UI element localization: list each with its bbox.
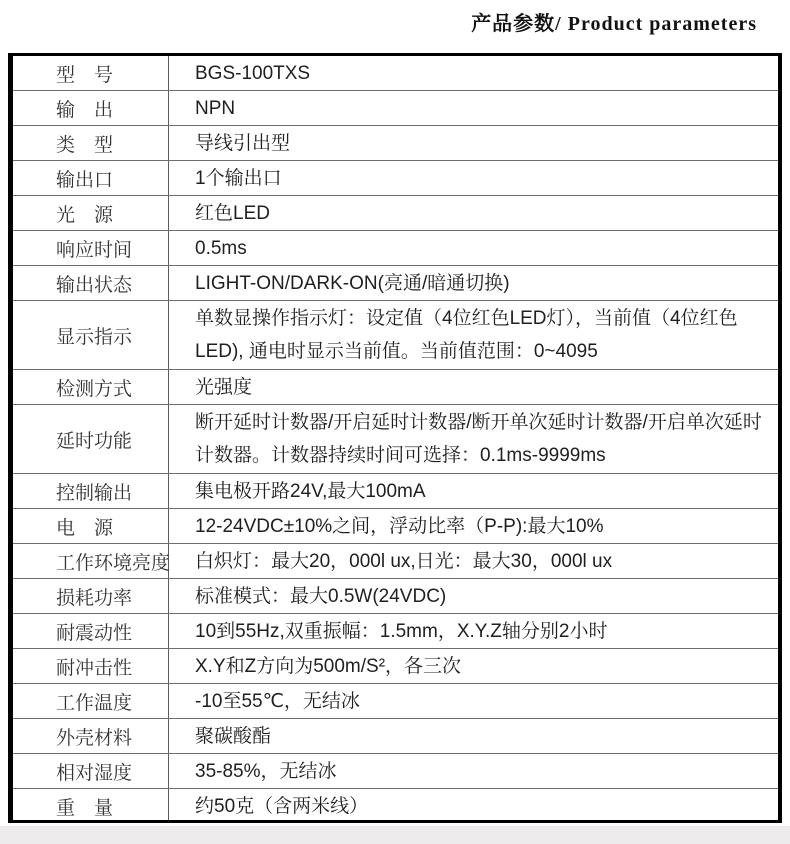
table-row: 输 出 NPN <box>13 91 778 126</box>
param-value: 导线引出型 <box>169 126 778 160</box>
param-value: -10至55℃，无结冰 <box>169 684 778 718</box>
param-value: 集电极开路24V,最大100mA <box>169 474 778 508</box>
param-name: 工作环境亮度 <box>13 544 169 578</box>
table-row: 输出口 1个输出口 <box>13 161 778 196</box>
param-name: 耐冲击性 <box>13 649 169 683</box>
table-row: 检测方式 光强度 <box>13 370 778 405</box>
page-title: 产品参数/ Product parameters <box>471 7 757 36</box>
table-row: 工作温度 -10至55℃，无结冰 <box>13 684 778 719</box>
param-name: 电 源 <box>13 509 169 543</box>
param-name: 损耗功率 <box>13 579 169 613</box>
param-value: 12-24VDC±10%之间，浮动比率（P-P):最大10% <box>169 509 778 543</box>
table-row: 类 型 导线引出型 <box>13 126 778 161</box>
table-row: 外壳材料 聚碳酸酯 <box>13 719 778 754</box>
table-row: 型 号 BGS-100TXS <box>13 56 778 91</box>
param-value: NPN <box>169 91 778 125</box>
param-name: 输出口 <box>13 161 169 195</box>
table-row: 输出状态 LIGHT-ON/DARK-ON(亮通/暗通切换) <box>13 266 778 301</box>
param-name: 类 型 <box>13 126 169 160</box>
param-name: 控制输出 <box>13 474 169 508</box>
param-name: 响应时间 <box>13 231 169 265</box>
param-name: 检测方式 <box>13 370 169 404</box>
param-value: 红色LED <box>169 196 778 230</box>
footer-strip <box>0 826 790 844</box>
param-name: 外壳材料 <box>13 719 169 753</box>
param-name: 工作温度 <box>13 684 169 718</box>
param-value: 1个输出口 <box>169 161 778 195</box>
table-row: 耐震动性 10到55Hz,双重振幅：1.5mm，X.Y.Z轴分别2小时 <box>13 614 778 649</box>
param-value: 单数显操作指示灯：设定值（4位红色LED灯），当前值（4位红色LED), 通电时… <box>169 301 778 369</box>
table-row: 延时功能 断开延时计数器/开启延时计数器/断开单次延时计数器/开启单次延时计数器… <box>13 405 778 474</box>
parameters-table: 型 号 BGS-100TXS 输 出 NPN 类 型 导线引出型 输出口 1个输… <box>8 53 782 823</box>
param-value: 断开延时计数器/开启延时计数器/断开单次延时计数器/开启单次延时计数器。计数器持… <box>169 405 778 473</box>
param-name: 相对湿度 <box>13 754 169 788</box>
param-value: 35-85%，无结冰 <box>169 754 778 788</box>
table-row: 损耗功率 标准模式：最大0.5W(24VDC) <box>13 579 778 614</box>
table-row: 显示指示 单数显操作指示灯：设定值（4位红色LED灯），当前值（4位红色LED)… <box>13 301 778 370</box>
param-value: 0.5ms <box>169 231 778 265</box>
param-value: 约50克（含两米线） <box>169 789 778 823</box>
table-row: 相对湿度 35-85%，无结冰 <box>13 754 778 789</box>
table-row: 工作环境亮度 白炽灯：最大20，000l ux,日光：最大30，000l ux <box>13 544 778 579</box>
param-name: 耐震动性 <box>13 614 169 648</box>
param-name: 显示指示 <box>13 301 169 369</box>
param-value: 光强度 <box>169 370 778 404</box>
param-name: 输出状态 <box>13 266 169 300</box>
table-row: 重 量 约50克（含两米线） <box>13 789 778 823</box>
param-value: BGS-100TXS <box>169 56 778 90</box>
table-row: 响应时间 0.5ms <box>13 231 778 266</box>
param-name: 输 出 <box>13 91 169 125</box>
param-name: 型 号 <box>13 56 169 90</box>
param-name: 延时功能 <box>13 405 169 473</box>
param-value: 聚碳酸酯 <box>169 719 778 753</box>
table-row: 光 源 红色LED <box>13 196 778 231</box>
param-value: X.Y和Z方向为500m/S²，各三次 <box>169 649 778 683</box>
param-value: 标准模式：最大0.5W(24VDC) <box>169 579 778 613</box>
table-row: 耐冲击性 X.Y和Z方向为500m/S²，各三次 <box>13 649 778 684</box>
param-name: 重 量 <box>13 789 169 823</box>
param-value: LIGHT-ON/DARK-ON(亮通/暗通切换) <box>169 266 778 300</box>
param-value: 白炽灯：最大20，000l ux,日光：最大30，000l ux <box>169 544 778 578</box>
table-row: 电 源 12-24VDC±10%之间，浮动比率（P-P):最大10% <box>13 509 778 544</box>
table-row: 控制输出 集电极开路24V,最大100mA <box>13 474 778 509</box>
param-name: 光 源 <box>13 196 169 230</box>
param-value: 10到55Hz,双重振幅：1.5mm，X.Y.Z轴分别2小时 <box>169 614 778 648</box>
